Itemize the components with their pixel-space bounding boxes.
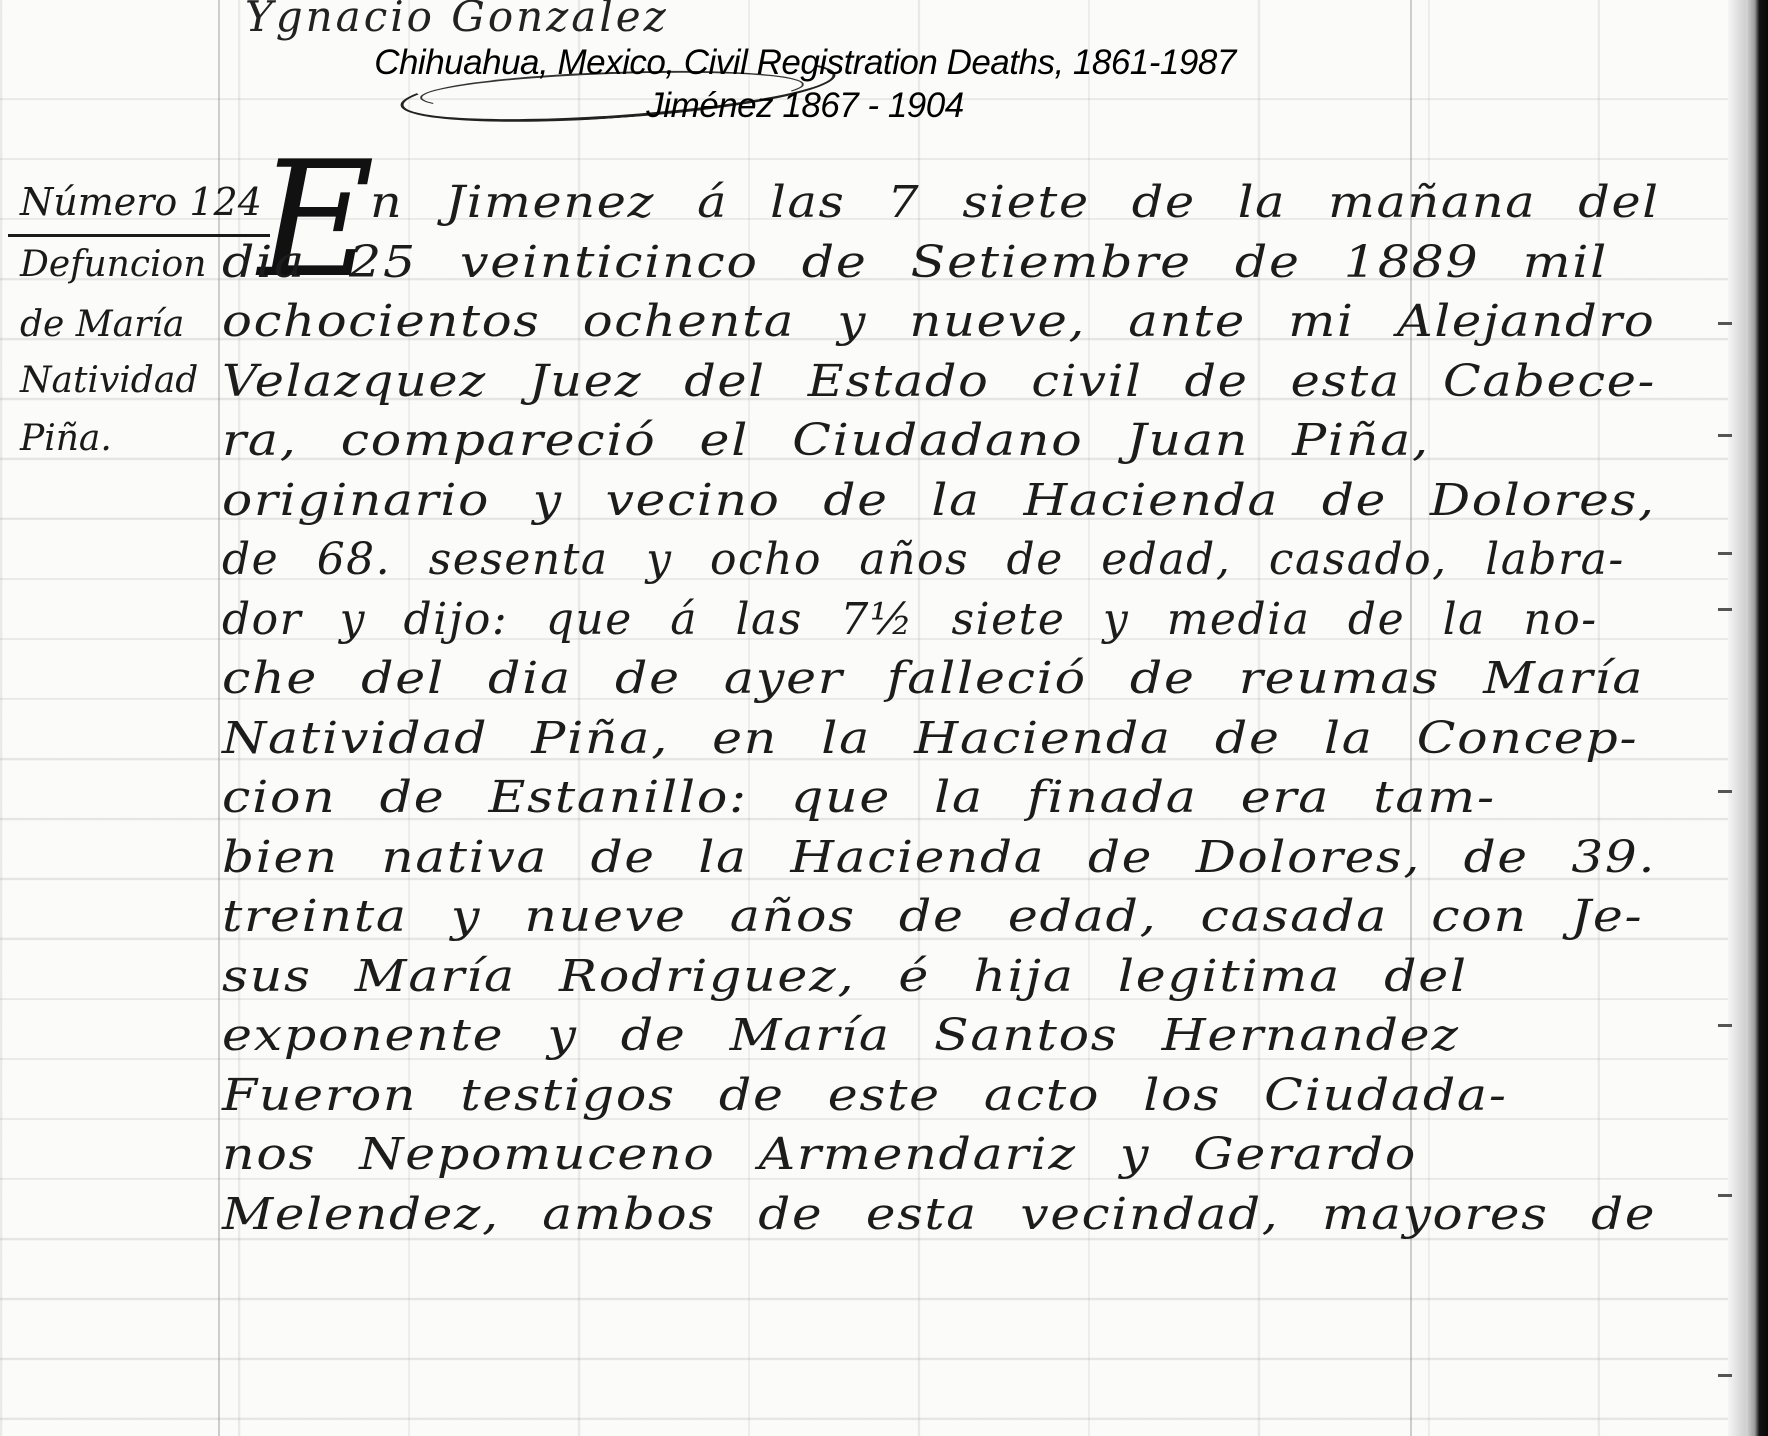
margin-note-line: de María [20, 304, 184, 345]
record-line: cion de Estanillo: que la finada era tam… [222, 773, 1496, 823]
record-number: Número 124 [20, 180, 262, 224]
record-line: dor y dijo: que á las 7½ siete y media d… [222, 595, 1598, 645]
margin-tick [1718, 322, 1732, 325]
record-line: Velazquez Juez del Estado civil de esta … [222, 357, 1656, 407]
record-line: bien nativa de la Hacienda de Dolores, d… [222, 833, 1656, 883]
margin-note-line: Defuncion [20, 244, 206, 285]
margin-tick [1718, 1374, 1732, 1377]
record-line: treinta y nueve años de edad, casada con… [222, 892, 1643, 942]
record-line: Natividad Piña, en la Hacienda de la Con… [222, 714, 1638, 764]
record-line: originario y vecino de la Hacienda de Do… [222, 476, 1656, 526]
margin-tick [1718, 552, 1732, 555]
margin-note-line: Natividad [20, 360, 198, 401]
collection-caption: Chihuahua, Mexico, Civil Registration De… [0, 43, 1610, 83]
signature-text: Ygnacio Gonzalez [245, 0, 669, 41]
record-line: n Jimenez á las 7 siete de la mañana del [370, 178, 1660, 228]
margin-tick [1718, 608, 1732, 611]
record-line: dia 25 veinticinco de Setiembre de 1889 … [222, 238, 1608, 288]
margin-tick [1718, 790, 1732, 793]
record-line: ochocientos ochenta y nueve, ante mi Ale… [222, 297, 1655, 347]
record-line: de 68. sesenta y ocho años de edad, casa… [222, 535, 1625, 585]
subcollection-caption: Jiménez 1867 - 1904 [0, 86, 1610, 126]
margin-note-line: Piña. [20, 418, 112, 459]
margin-tick [1718, 434, 1732, 437]
margin-tick [1718, 1024, 1732, 1027]
document-scan: Ygnacio Gonzalez Chihuahua, Mexico, Civi… [0, 0, 1768, 1436]
record-line: nos Nepomuceno Armendariz y Gerardo [222, 1130, 1417, 1180]
margin-tick [1718, 1194, 1732, 1197]
binding-shadow [1746, 0, 1768, 1436]
record-line: ra, compareció el Ciudadano Juan Piña, [222, 416, 1430, 466]
page-edge [1728, 0, 1746, 1436]
record-line: exponente y de María Santos Hernandez [222, 1011, 1460, 1061]
record-line: Fueron testigos de este acto los Ciudada… [222, 1071, 1508, 1121]
record-line: Melendez, ambos de esta vecindad, mayore… [222, 1190, 1656, 1240]
record-line: sus María Rodriguez, é hija legitima del [222, 952, 1468, 1002]
record-line: che del dia de ayer falleció de reumas M… [222, 654, 1644, 704]
